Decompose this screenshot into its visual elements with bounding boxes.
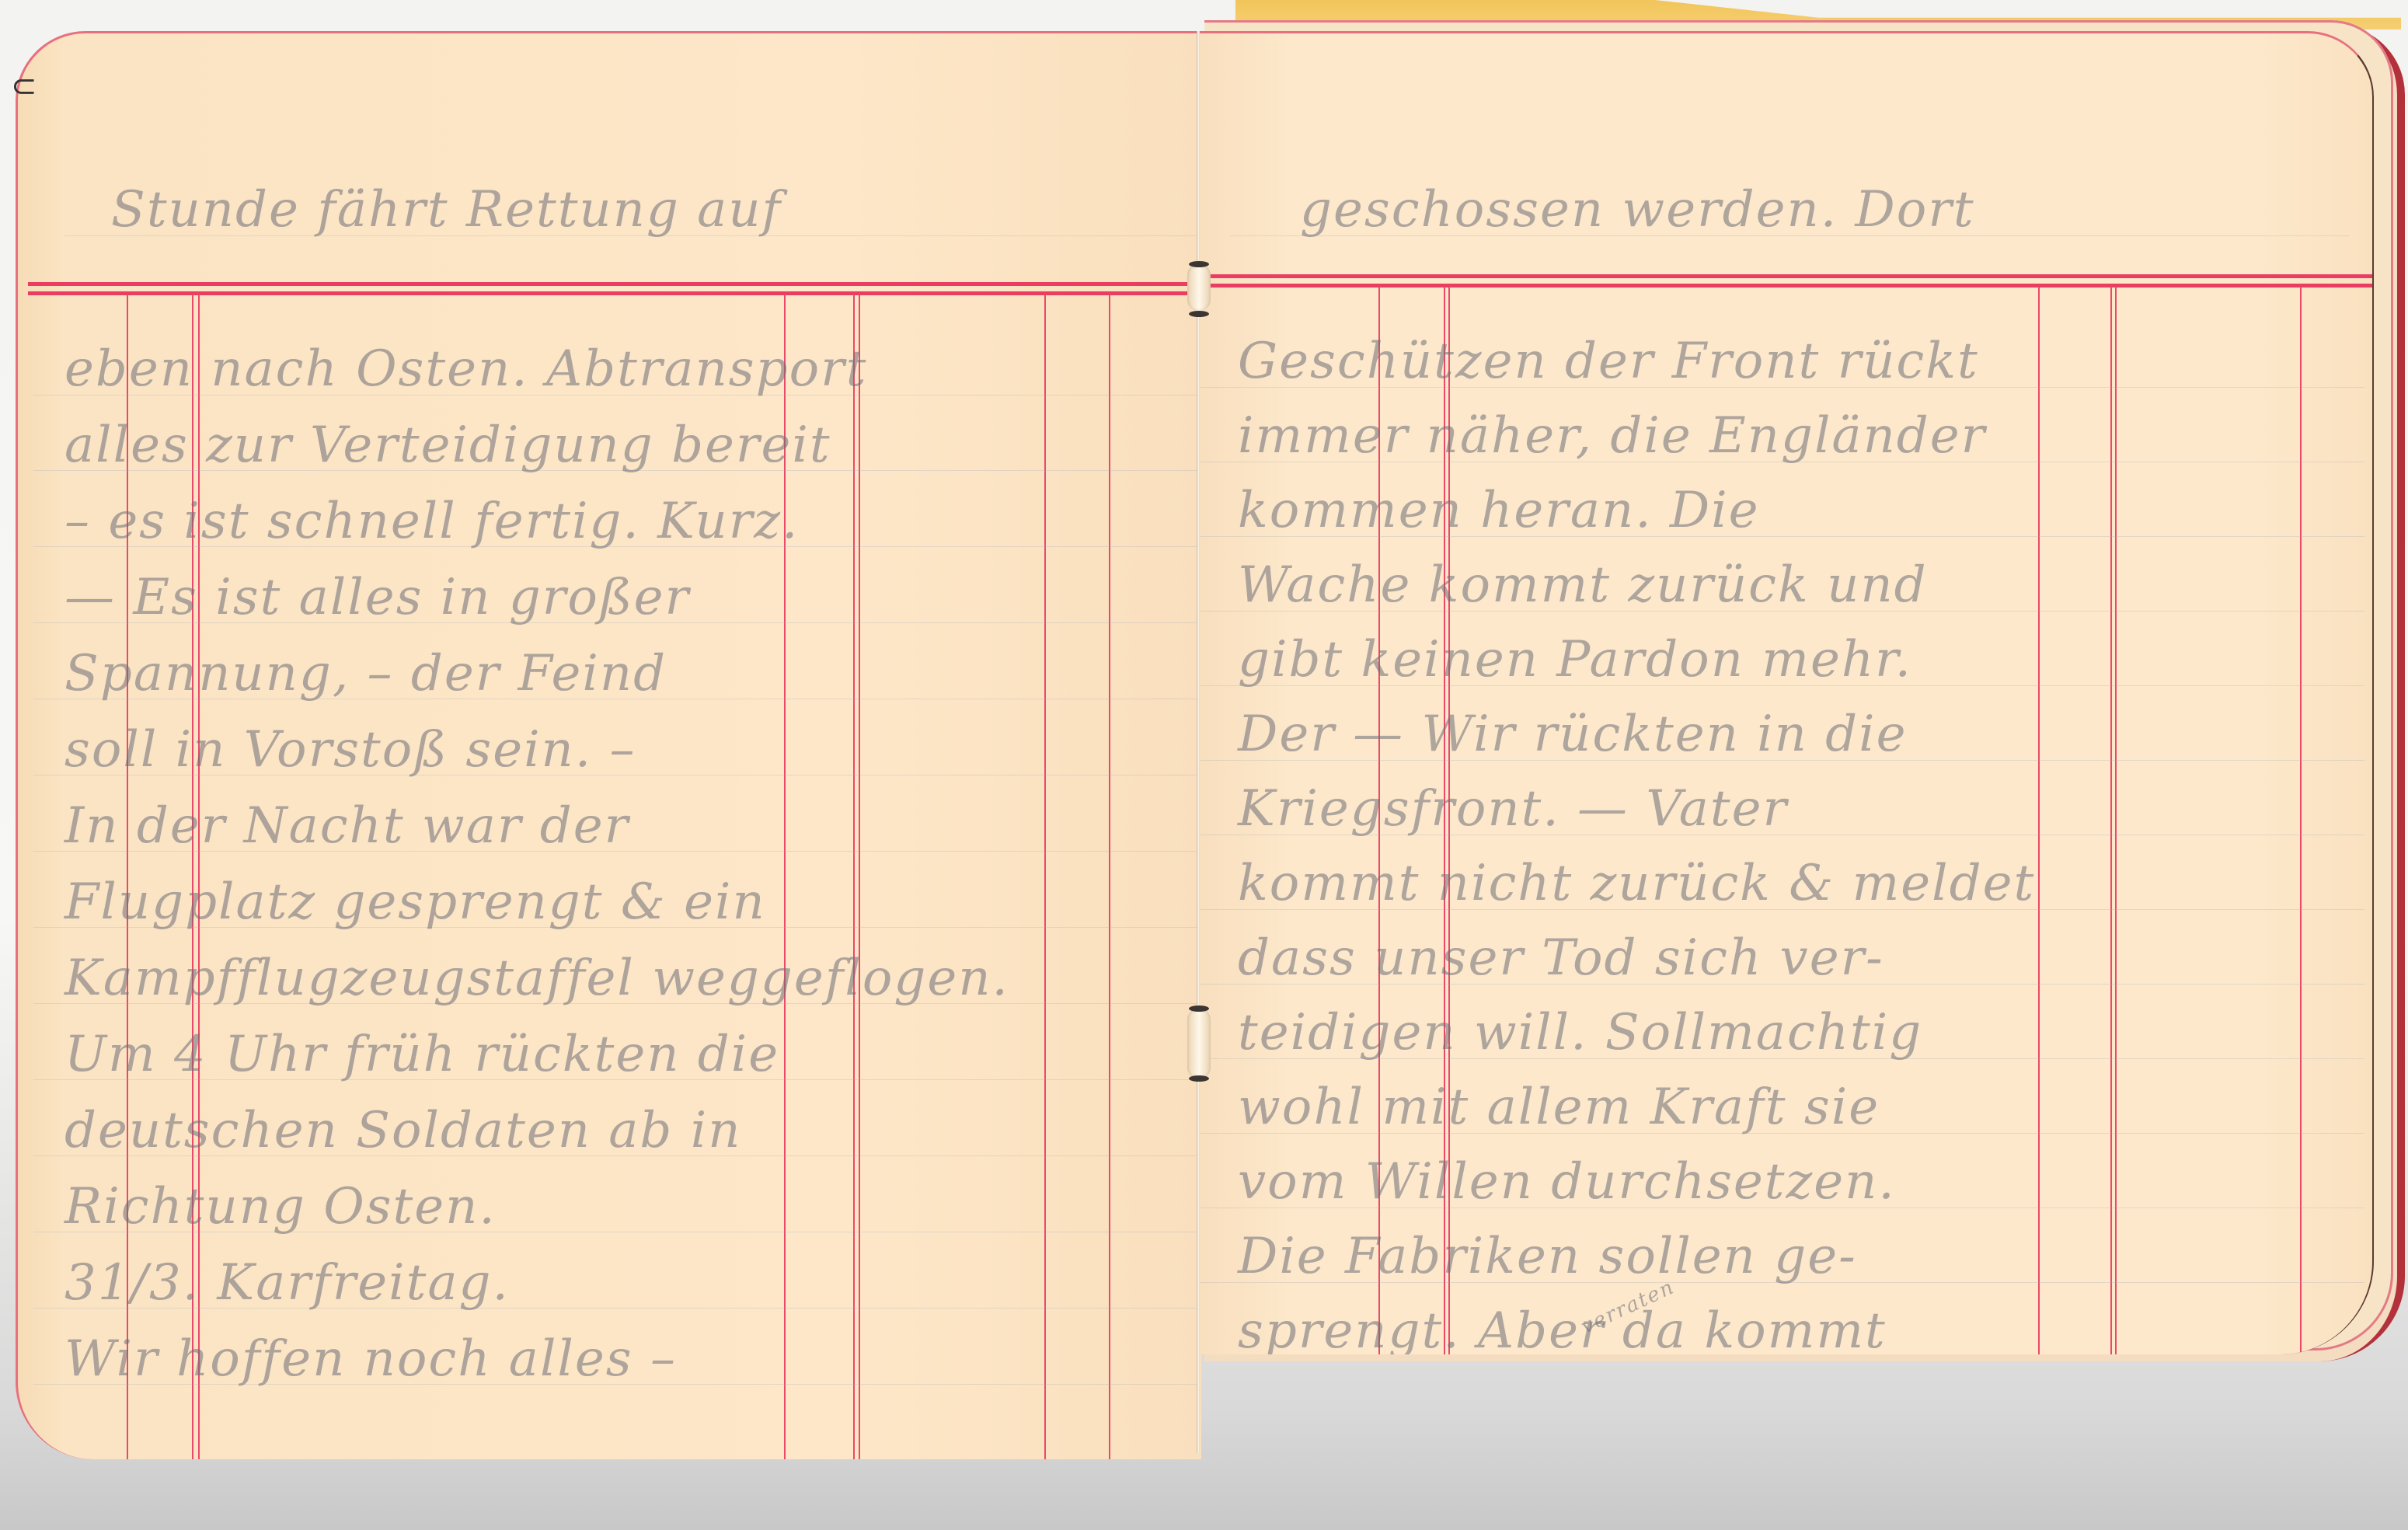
left-line-1: eben nach Osten. Abtransport (64, 340, 867, 398)
staple-bottom-end (1189, 1005, 1209, 1012)
left-line-13-date: 31/3. Karfreitag. (64, 1254, 510, 1312)
right-line-6: Der — Wir rückten in die (1238, 706, 1907, 763)
left-line-3: – es ist schnell fertig. Kurz. (64, 493, 799, 550)
column-rule (2300, 287, 2302, 1354)
left-line-5: Spannung, – der Feind (64, 645, 667, 702)
header-double-rule-top (1199, 274, 2372, 278)
right-line-9: dass unser Tod sich ver- (1238, 929, 1884, 987)
book-spine (1197, 31, 1200, 1453)
left-line-14: Wir hoffen noch alles – (64, 1330, 677, 1388)
left-line-7: In der Nacht war der (64, 797, 629, 855)
right-line-2: immer näher, die Engländer (1238, 407, 1986, 465)
left-line-6: soll in Vorstoß sein. – (64, 721, 636, 779)
right-line-4: Wache kommt zurück und (1238, 556, 1928, 614)
right-line-11: wohl mit allem Kraft sie (1238, 1079, 1880, 1136)
column-rule (1109, 294, 1110, 1459)
header-double-rule-bottom (28, 291, 1201, 295)
right-line-10: teidigen will. Sollmachtig (1238, 1004, 1922, 1061)
right-line-7: Kriegsfront. — Vater (1238, 780, 1788, 838)
right-line-8: kommt nicht zurück & meldet (1238, 855, 2035, 912)
staple-bottom-end (1189, 1075, 1209, 1082)
right-line-13: Die Fabriken sollen ge- (1238, 1228, 1857, 1285)
staple-top-end (1189, 311, 1209, 317)
right-line-3: kommen heran. Die (1238, 482, 1760, 539)
left-line-10: Um 4 Uhr früh rückten die (64, 1026, 779, 1083)
column-rule (2110, 287, 2112, 1354)
left-line-9: Kampfflugzeugstaffel weggeflogen. (64, 950, 1009, 1007)
header-double-rule-top (28, 282, 1201, 286)
column-rule (1044, 294, 1046, 1459)
right-line-14: sprengt. Aber da kommt (1238, 1302, 1887, 1354)
binding-hook-icon: ⊂ (11, 68, 37, 104)
right-line-12: vom Willen durchsetzen. (1238, 1153, 1896, 1211)
left-header-line: Stunde fährt Rettung auf (111, 181, 782, 239)
right-line-5: gibt keinen Pardon mehr. (1238, 631, 1912, 688)
left-line-4: — Es ist alles in großer (64, 569, 690, 626)
left-line-8: Flugplatz gesprengt & ein (64, 873, 766, 931)
column-rule (2115, 287, 2117, 1354)
staple-bottom (1187, 1009, 1211, 1079)
right-page: geschossen werden. Dort Geschützen der F… (1199, 31, 2374, 1354)
left-line-12: Richtung Osten. (64, 1178, 497, 1236)
staple-top-end (1189, 261, 1209, 267)
column-rule (859, 294, 860, 1459)
header-double-rule-bottom (1199, 284, 2372, 288)
column-rule (853, 294, 855, 1459)
left-line-2: alles zur Verteidigung bereit (64, 416, 831, 474)
staple-top (1187, 264, 1211, 311)
left-line-11: deutschen Soldaten ab in (64, 1102, 741, 1159)
right-header-line: geschossen werden. Dort (1300, 181, 1975, 239)
left-page: Stunde fährt Rettung auf eben nach Osten… (16, 31, 1201, 1459)
right-line-1: Geschützen der Front rückt (1238, 333, 1979, 390)
column-rule (2038, 287, 2040, 1354)
